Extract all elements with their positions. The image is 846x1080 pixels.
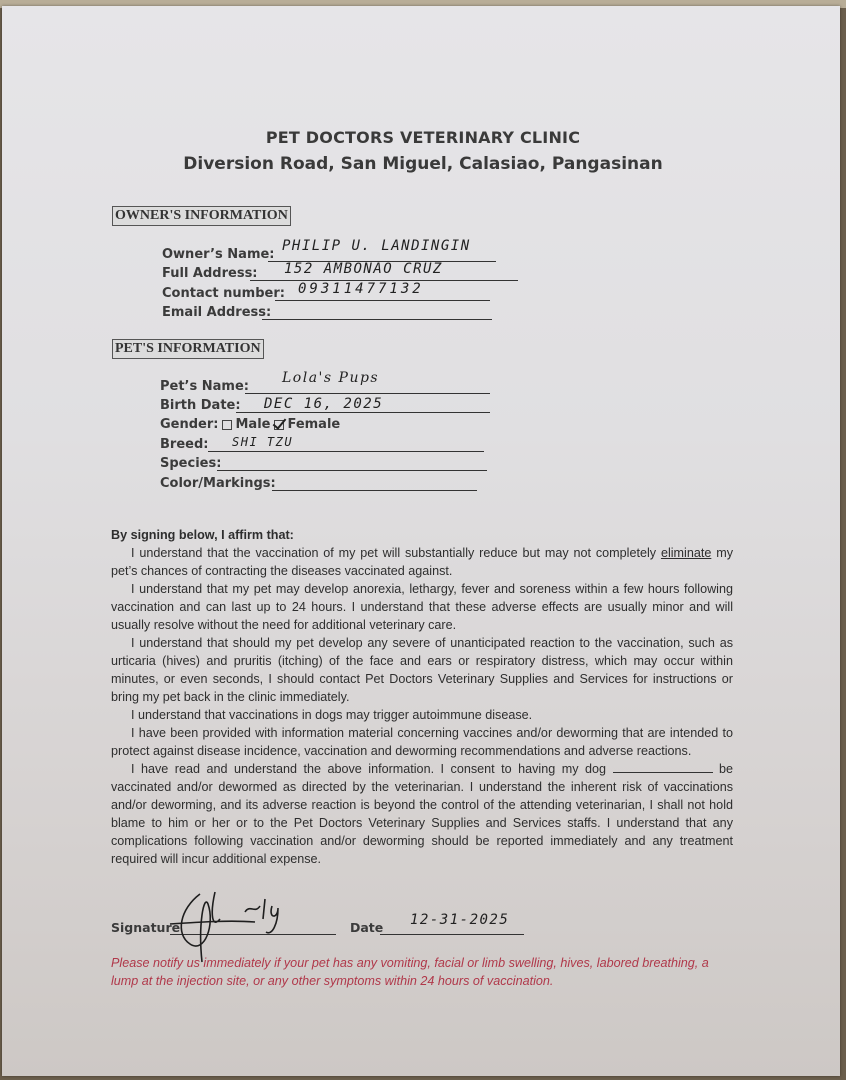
birth-date-label: Birth Date: [160,398,241,413]
clinic-address: Diversion Road, San Miguel, Calasiao, Pa… [0,154,846,174]
signature-scribble [160,884,310,964]
dog-name-blank[interactable] [613,762,713,773]
owner-address-label: Full Address: [162,266,258,281]
gender-male-checkbox[interactable] [222,420,232,430]
affirmation-paragraph-2: I understand that my pet may develop ano… [111,580,733,634]
owner-name-value: PHILIP U. LANDINGIN [282,238,471,254]
pet-name-field[interactable] [245,393,490,394]
gender-row: Gender:MaleFemale [160,417,340,432]
gender-female-checkbox[interactable] [274,420,284,430]
gender-male-label: Male [235,417,270,432]
birth-date-field[interactable] [236,412,490,413]
date-label: Date [350,920,383,935]
gender-label: Gender: [160,417,218,432]
date-value: 12-31-2025 [410,912,509,928]
date-field[interactable] [380,934,524,935]
affirmation-paragraph-6: I have read and understand the above inf… [111,760,733,868]
post-vaccination-notice: Please notify us immediately if your pet… [111,954,711,990]
email-address-label: Email Address: [162,305,271,320]
affirmation-text: By signing below, I affirm that: I under… [111,526,733,868]
breed-value: SHI TZU [232,435,293,449]
species-field[interactable] [217,470,487,471]
email-address-field[interactable] [262,319,492,320]
affirmation-paragraph-5: I have been provided with information ma… [111,724,733,760]
owner-name-label: Owner’s Name: [162,247,275,262]
owner-address-value: 152 AMBONAO CRUZ [284,261,443,277]
contact-number-value: 09311477132 [298,281,424,297]
birth-date-value: DEC 16, 2025 [264,396,383,412]
pet-section-title: PET'S INFORMATION [112,339,264,359]
affirmation-paragraph-3: I understand that should my pet develop … [111,634,733,706]
gender-female-label: Female [287,417,340,432]
color-markings-label: Color/Markings: [160,476,276,491]
owner-section-title: OWNER'S INFORMATION [112,206,291,226]
affirmation-heading: By signing below, I affirm that: [111,526,733,544]
pet-name-label: Pet’s Name: [160,379,249,394]
affirmation-paragraph-1: I understand that the vaccination of my … [111,544,733,580]
breed-field[interactable] [208,451,484,452]
contact-number-label: Contact number: [162,286,285,301]
pet-name-value: Lola's Pups [282,370,379,386]
clinic-name: PET DOCTORS VETERINARY CLINIC [0,128,846,147]
species-label: Species: [160,456,221,471]
breed-label: Breed: [160,437,208,452]
contact-number-field[interactable] [275,300,490,301]
affirmation-paragraph-4: I understand that vaccinations in dogs m… [111,706,733,724]
color-markings-field[interactable] [272,490,477,491]
